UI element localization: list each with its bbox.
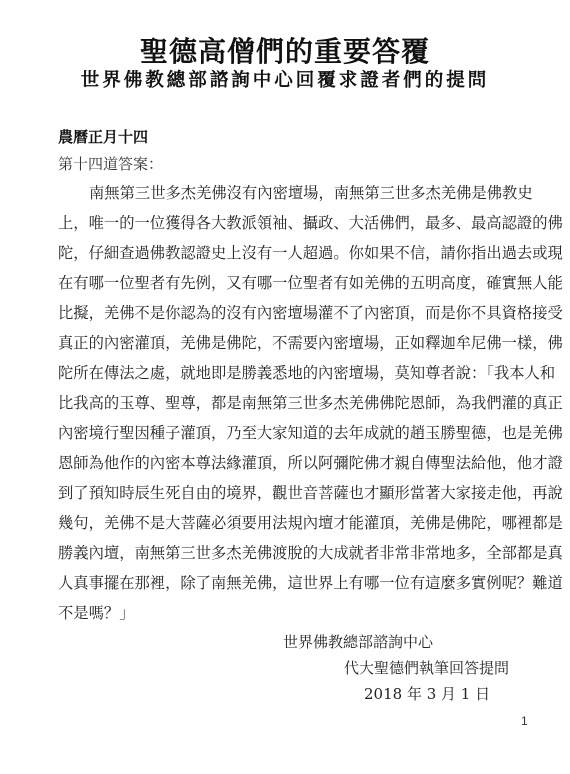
- signature-on-behalf: 代大聖德們執筆回答提問: [344, 657, 509, 678]
- body-line: 內密境行聖因種子灌頂，乃至大家知道的去年成就的趙玉勝聖德，也是羌佛: [58, 418, 520, 448]
- signature-organization: 世界佛教總部諮詢中心: [283, 631, 433, 652]
- body-line: 到了預知時辰生死自由的境界，觀世音菩薩也才顯形當著大家接走他，再說: [58, 478, 520, 508]
- body-line: 比我高的玉尊、聖尊，都是南無第三世多杰羌佛佛陀恩師，為我們灌的真正: [58, 388, 520, 418]
- body-paragraph: 南無第三世多杰羌佛沒有內密壇場，南無第三世多杰羌佛是佛教史 上，唯一的一位獲得各…: [58, 178, 520, 628]
- body-line: 在有哪一位聖者有先例，又有哪一位聖者有如羌佛的五明高度，確實無人能: [58, 268, 520, 298]
- signature-date: 2018 年 3 月 1 日: [364, 683, 490, 704]
- body-line: 勝義內壇，南無第三世多杰羌佛渡脫的大成就者非常非常地多，全部都是真: [58, 538, 520, 568]
- body-line: 陀，仔細查過佛教認證史上沒有一人超過。你如果不信，請你指出過去或現: [58, 238, 520, 268]
- body-line: 恩師為他作的內密本尊法緣灌頂，所以阿彌陀佛才親自傳聖法給他，他才證: [58, 448, 520, 478]
- body-line: 南無第三世多杰羌佛沒有內密壇場，南無第三世多杰羌佛是佛教史: [58, 178, 520, 208]
- lunar-date-heading: 農曆正月十四: [58, 126, 148, 147]
- body-line: 不是嗎？」: [58, 598, 520, 628]
- body-line: 上，唯一的一位獲得各大教派領袖、攝政、大活佛們，最多、最高認證的佛: [58, 208, 520, 238]
- body-line: 人真事擺在那裡，除了南無羌佛，這世界上有哪一位有這麼多實例呢？難道: [58, 568, 520, 598]
- page-number: 1: [521, 714, 528, 728]
- document-subtitle: 世界佛教總部諮詢中心回覆求證者們的提問: [0, 66, 570, 92]
- body-line: 真正的內密灌頂，羌佛是佛陀，不需要內密壇場，正如釋迦牟尼佛一樣，佛: [58, 328, 520, 358]
- body-line: 陀所在傳法之處，就地即是勝義悉地的內密壇場，莫知尊者說：「我本人和: [58, 358, 520, 388]
- document-title: 聖德高僧們的重要答覆: [0, 30, 570, 70]
- body-line: 比擬，羌佛不是你認為的沒有內密壇場灌不了內密頂，而是你不具資格接受: [58, 298, 520, 328]
- answer-label: 第十四道答案：: [58, 153, 163, 174]
- body-line: 幾句，羌佛不是大菩薩必須要用法規內壇才能灌頂，羌佛是佛陀，哪裡都是: [58, 508, 520, 538]
